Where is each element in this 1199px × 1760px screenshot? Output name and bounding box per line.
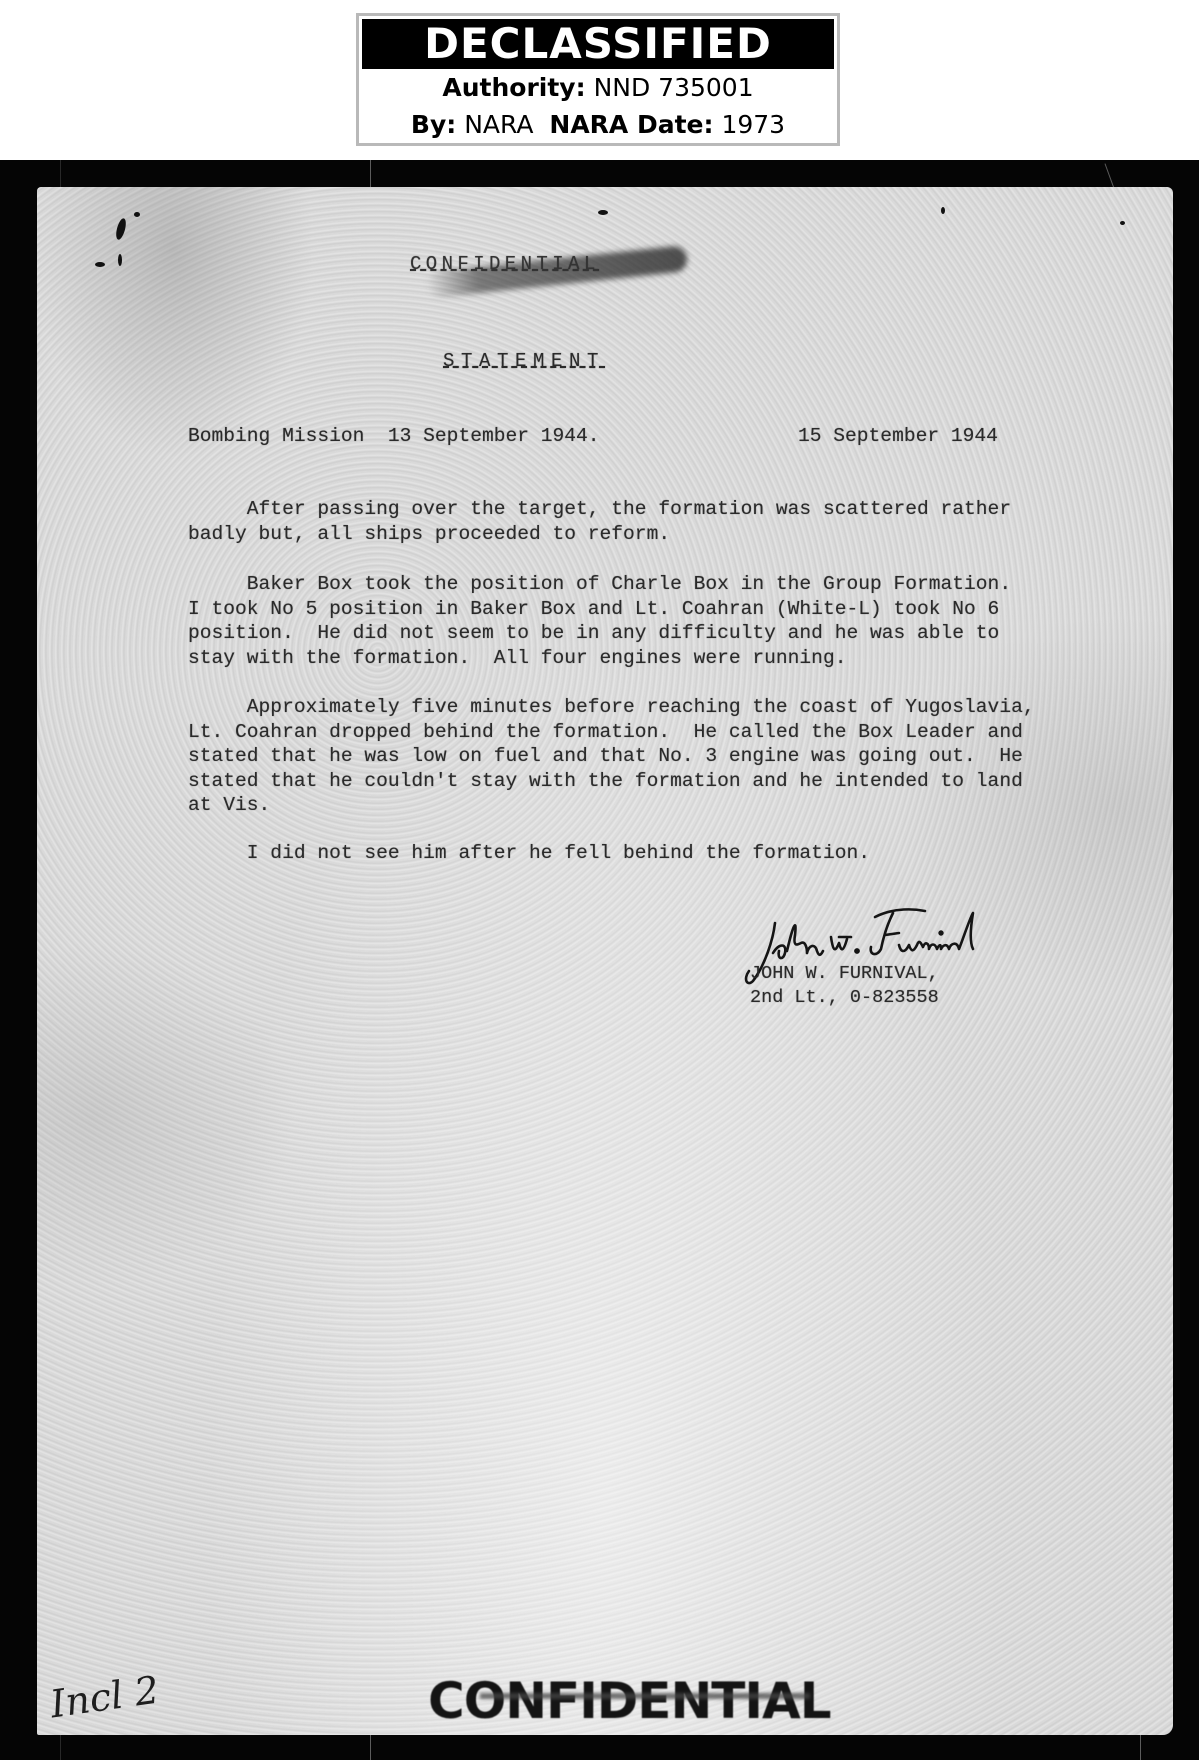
scan-speck: [1120, 221, 1125, 225]
text-line: After passing over the target, the forma…: [188, 497, 1068, 522]
authority-label: Authority:: [442, 73, 585, 102]
text-line: stated that he was low on fuel and that …: [188, 744, 1068, 769]
text-line: stay with the formation. All four engine…: [188, 646, 1068, 671]
text-line: Baker Box took the position of Charle Bo…: [188, 572, 1068, 597]
authority-line: Authority: NND 735001: [359, 73, 837, 102]
nara-date-label: NARA Date:: [549, 110, 713, 139]
paragraph-2: Baker Box took the position of Charle Bo…: [188, 572, 1068, 670]
text-line: I did not see him after he fell behind t…: [188, 841, 1068, 866]
text-line: Approximately five minutes before reachi…: [188, 695, 1068, 720]
text-line: stated that he couldn't stay with the fo…: [188, 769, 1068, 794]
declassified-title: DECLASSIFIED: [362, 19, 834, 69]
paragraph-1: After passing over the target, the forma…: [188, 497, 1068, 546]
by-line: By: NARA NARA Date: 1973: [359, 110, 837, 139]
text-line: position. He did not seem to be in any d…: [188, 621, 1068, 646]
paragraph-3: Approximately five minutes before reachi…: [188, 695, 1068, 818]
classification-footer: CONFIDENTIAL: [428, 1676, 831, 1726]
stamp-strike-line: [480, 1693, 810, 1699]
scan-speck: [941, 207, 945, 214]
authority-value: NND 735001: [594, 73, 754, 102]
document-title: STATEMENT: [443, 350, 605, 372]
document-page: [37, 187, 1173, 1735]
by-label: By:: [411, 110, 456, 139]
typed-signature-name: JOHN W. FURNIVAL,: [750, 963, 939, 984]
classification-header: CONFIDENTIAL: [410, 253, 600, 275]
statement-date: 15 September 1944: [798, 425, 998, 447]
declassified-stamp: DECLASSIFIED Authority: NND 735001 By: N…: [356, 13, 840, 146]
text-line: badly but, all ships proceeded to reform…: [188, 522, 1068, 547]
text-line: Lt. Coahran dropped behind the formation…: [188, 720, 1068, 745]
by-value: NARA: [464, 110, 533, 139]
nara-date-value: 1973: [721, 110, 785, 139]
scan-speck: [134, 212, 140, 217]
paragraph-4: I did not see him after he fell behind t…: [188, 841, 1068, 866]
scan-speck: [598, 210, 608, 215]
mission-line: Bombing Mission 13 September 1944.: [188, 425, 600, 447]
scan-speck: [118, 254, 122, 266]
scan-speck: [95, 262, 105, 267]
text-line: I took No 5 position in Baker Box and Lt…: [188, 597, 1068, 622]
rank-serial-number: 2nd Lt., 0-823558: [750, 987, 939, 1008]
text-line: at Vis.: [188, 793, 1068, 818]
